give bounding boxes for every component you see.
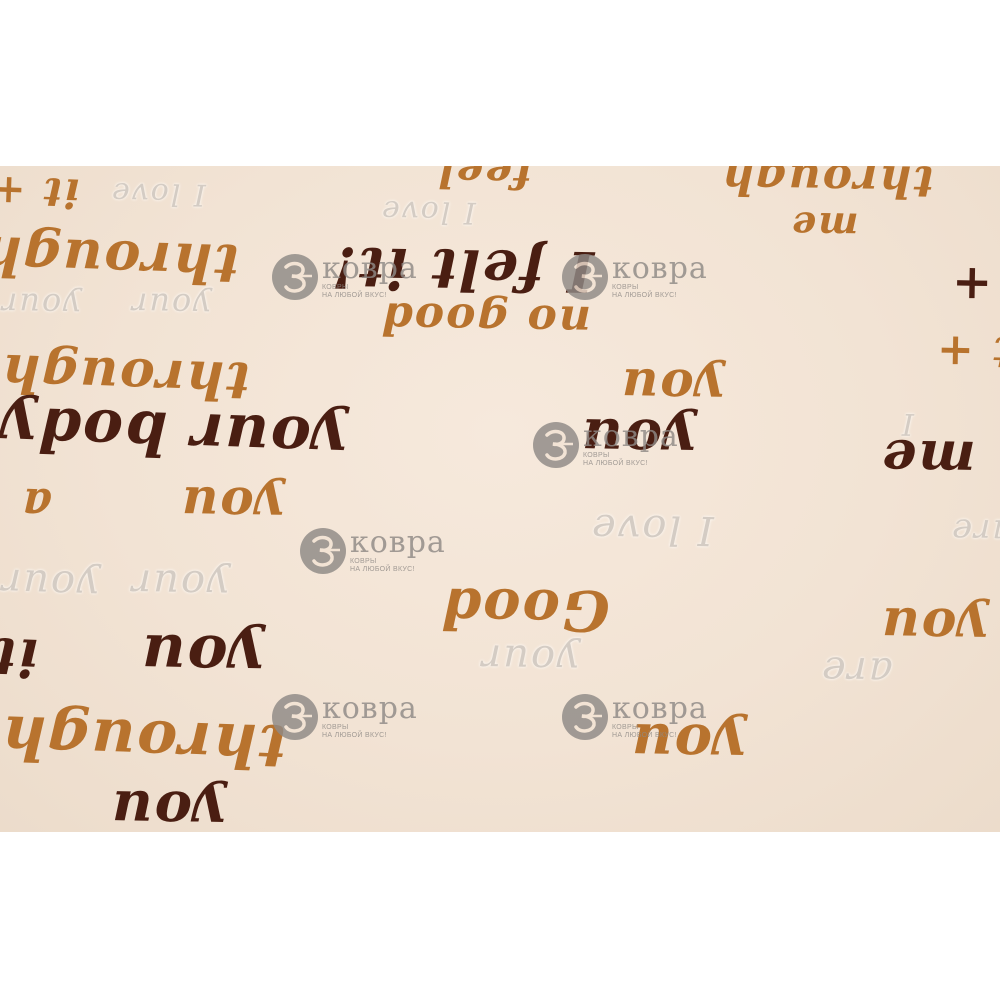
spiral-3-logo-icon: [562, 694, 608, 740]
script-word: it +: [935, 325, 1000, 378]
watermark: ковра КОВРЫ НА ЛЮБОЙ ВКУС!: [272, 694, 418, 740]
watermark-tagline-1: КОВРЫ: [583, 452, 679, 460]
watermark-tagline-2: НА ЛЮБОЙ ВКУС!: [350, 566, 446, 574]
spiral-3-logo-icon: [562, 254, 608, 300]
watermark-tagline-2: НА ЛЮБОЙ ВКУС!: [612, 732, 708, 740]
script-word: it +: [0, 166, 80, 216]
watermark: ковра КОВРЫ НА ЛЮБОЙ ВКУС!: [562, 694, 708, 740]
watermark-tagline-1: КОВРЫ: [612, 724, 708, 732]
watermark-tagline-1: КОВРЫ: [322, 724, 418, 732]
script-word: no good: [380, 292, 592, 347]
watermark: ковра КОВРЫ НА ЛЮБОЙ ВКУС!: [533, 422, 679, 468]
script-word: are: [950, 510, 1000, 551]
script-word: it: [0, 625, 39, 688]
watermark-tagline-1: КОВРЫ: [612, 284, 708, 292]
script-word: your: [480, 635, 580, 683]
watermark: ковра КОВРЫ НА ЛЮБОЙ ВКУС!: [272, 254, 418, 300]
script-word: I love: [590, 505, 714, 553]
watermark-brand: ковра: [612, 254, 708, 284]
watermark-brand: ковра: [583, 422, 679, 452]
watermark-tagline-1: КОВРЫ: [322, 284, 418, 292]
spiral-3-logo-icon: [300, 528, 346, 574]
spiral-3-logo-icon: [272, 254, 318, 300]
script-word: Good: [439, 575, 610, 644]
script-word: me: [879, 427, 976, 493]
script-word: your body: [0, 392, 349, 474]
carpet-photo: it + I love feel. I love through me thro…: [0, 166, 1000, 832]
spiral-3-logo-icon: [272, 694, 318, 740]
script-word: your: [0, 285, 82, 324]
script-word: are: [820, 647, 893, 694]
script-word: through: [720, 166, 934, 207]
script-word: you: [879, 595, 989, 658]
script-word: you: [109, 777, 227, 832]
script-word: me: [790, 203, 859, 249]
watermark-brand: ковра: [350, 528, 446, 558]
script-word: +: [950, 256, 993, 313]
watermark: ковра КОВРЫ НА ЛЮБОЙ ВКУС!: [300, 528, 446, 574]
watermark-tagline-2: НА ЛЮБОЙ ВКУС!: [583, 460, 679, 468]
script-word: your: [130, 285, 212, 324]
script-word: a: [19, 477, 53, 532]
watermark-brand: ковра: [322, 694, 418, 724]
script-word: your: [130, 560, 230, 608]
script-word: I love: [110, 175, 206, 212]
spiral-3-logo-icon: [533, 422, 579, 468]
script-word: you: [139, 620, 265, 692]
watermark-tagline-2: НА ЛЮБОЙ ВКУС!: [612, 292, 708, 300]
script-word: you: [179, 475, 285, 536]
watermark-tagline-2: НА ЛЮБОЙ ВКУС!: [322, 732, 418, 740]
script-word: your: [0, 559, 100, 608]
watermark-tagline-2: НА ЛЮБОЙ ВКУС!: [322, 292, 418, 300]
watermark: ковра КОВРЫ НА ЛЮБОЙ ВКУС!: [562, 254, 708, 300]
script-word: through: [0, 701, 287, 781]
watermark-brand: ковра: [612, 694, 708, 724]
script-word: I love: [380, 193, 476, 230]
watermark-tagline-1: КОВРЫ: [350, 558, 446, 566]
watermark-brand: ковра: [322, 254, 418, 284]
